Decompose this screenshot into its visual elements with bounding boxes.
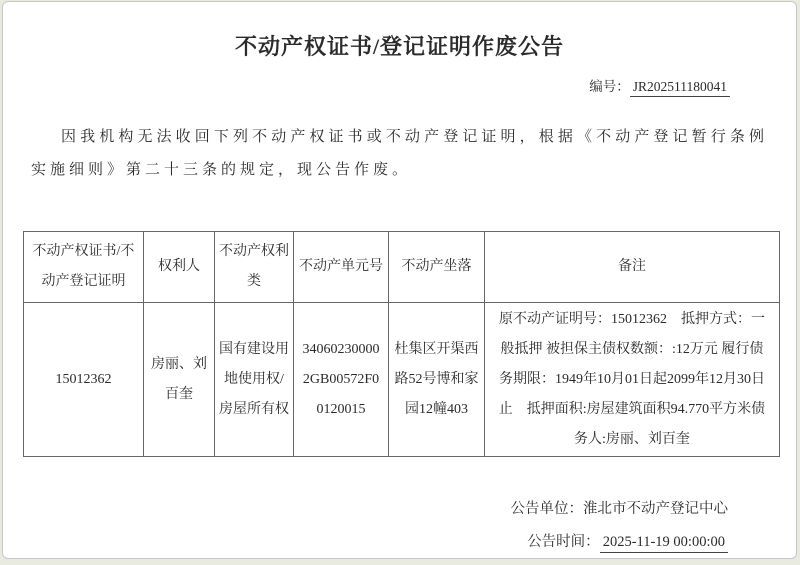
cell-right-type: 国有建设用地使用权/房屋所有权 — [215, 303, 294, 457]
announcement-time-line: 公告时间：2025-11-19 00:00:00 — [3, 530, 728, 553]
announcement-unit-line: 公告单位：淮北市不动产登记中心 — [3, 497, 728, 518]
col-header-location: 不动产坐落 — [389, 232, 485, 303]
certificates-table: 不动产权证书/不动产登记证明 权利人 不动产权利类 不动产单元号 不动产坐落 备… — [23, 231, 780, 457]
cell-location: 杜集区开渠西路52号博和家园12幢403 — [389, 303, 485, 457]
cell-holder: 房丽、刘百奎 — [144, 303, 215, 457]
col-header-unit-no: 不动产单元号 — [294, 232, 389, 303]
page-title: 不动产权证书/登记证明作废公告 — [3, 30, 796, 61]
announcement-unit-value: 淮北市不动产登记中心 — [583, 501, 728, 517]
notice-body-text: 因我机构无法收回下列不动产权证书或不动产登记证明，根据《不动产登记暂行条例实施细… — [31, 121, 768, 187]
cell-certificate-no: 15012362 — [24, 303, 144, 457]
notice-number-value: JR202511180041 — [630, 79, 730, 97]
table-row: 15012362 房丽、刘百奎 国有建设用地使用权/房屋所有权 34060230… — [24, 303, 780, 457]
notice-document: 不动产权证书/登记证明作废公告 编号：JR202511180041 因我机构无法… — [2, 1, 797, 559]
notice-number-label: 编号： — [589, 79, 630, 94]
announcement-time-label: 公告时间： — [527, 534, 600, 550]
notice-number-line: 编号：JR202511180041 — [3, 75, 796, 97]
cell-remarks: 原不动产证明号：15012362 抵押方式：一般抵押 被担保主债权数额：:12万… — [485, 303, 780, 457]
col-header-holder: 权利人 — [144, 232, 215, 303]
col-header-right-type: 不动产权利类 — [215, 232, 294, 303]
notice-footer: 公告单位：淮北市不动产登记中心 公告时间：2025-11-19 00:00:00 — [3, 497, 796, 553]
announcement-unit-label: 公告单位： — [511, 501, 584, 517]
col-header-certificate-no: 不动产权证书/不动产登记证明 — [24, 232, 144, 303]
cell-unit-no: 340602300002GB00572F00120015 — [294, 303, 389, 457]
announcement-time-value: 2025-11-19 00:00:00 — [600, 534, 728, 553]
col-header-remarks: 备注 — [485, 232, 780, 303]
table-header-row: 不动产权证书/不动产登记证明 权利人 不动产权利类 不动产单元号 不动产坐落 备… — [24, 232, 780, 303]
